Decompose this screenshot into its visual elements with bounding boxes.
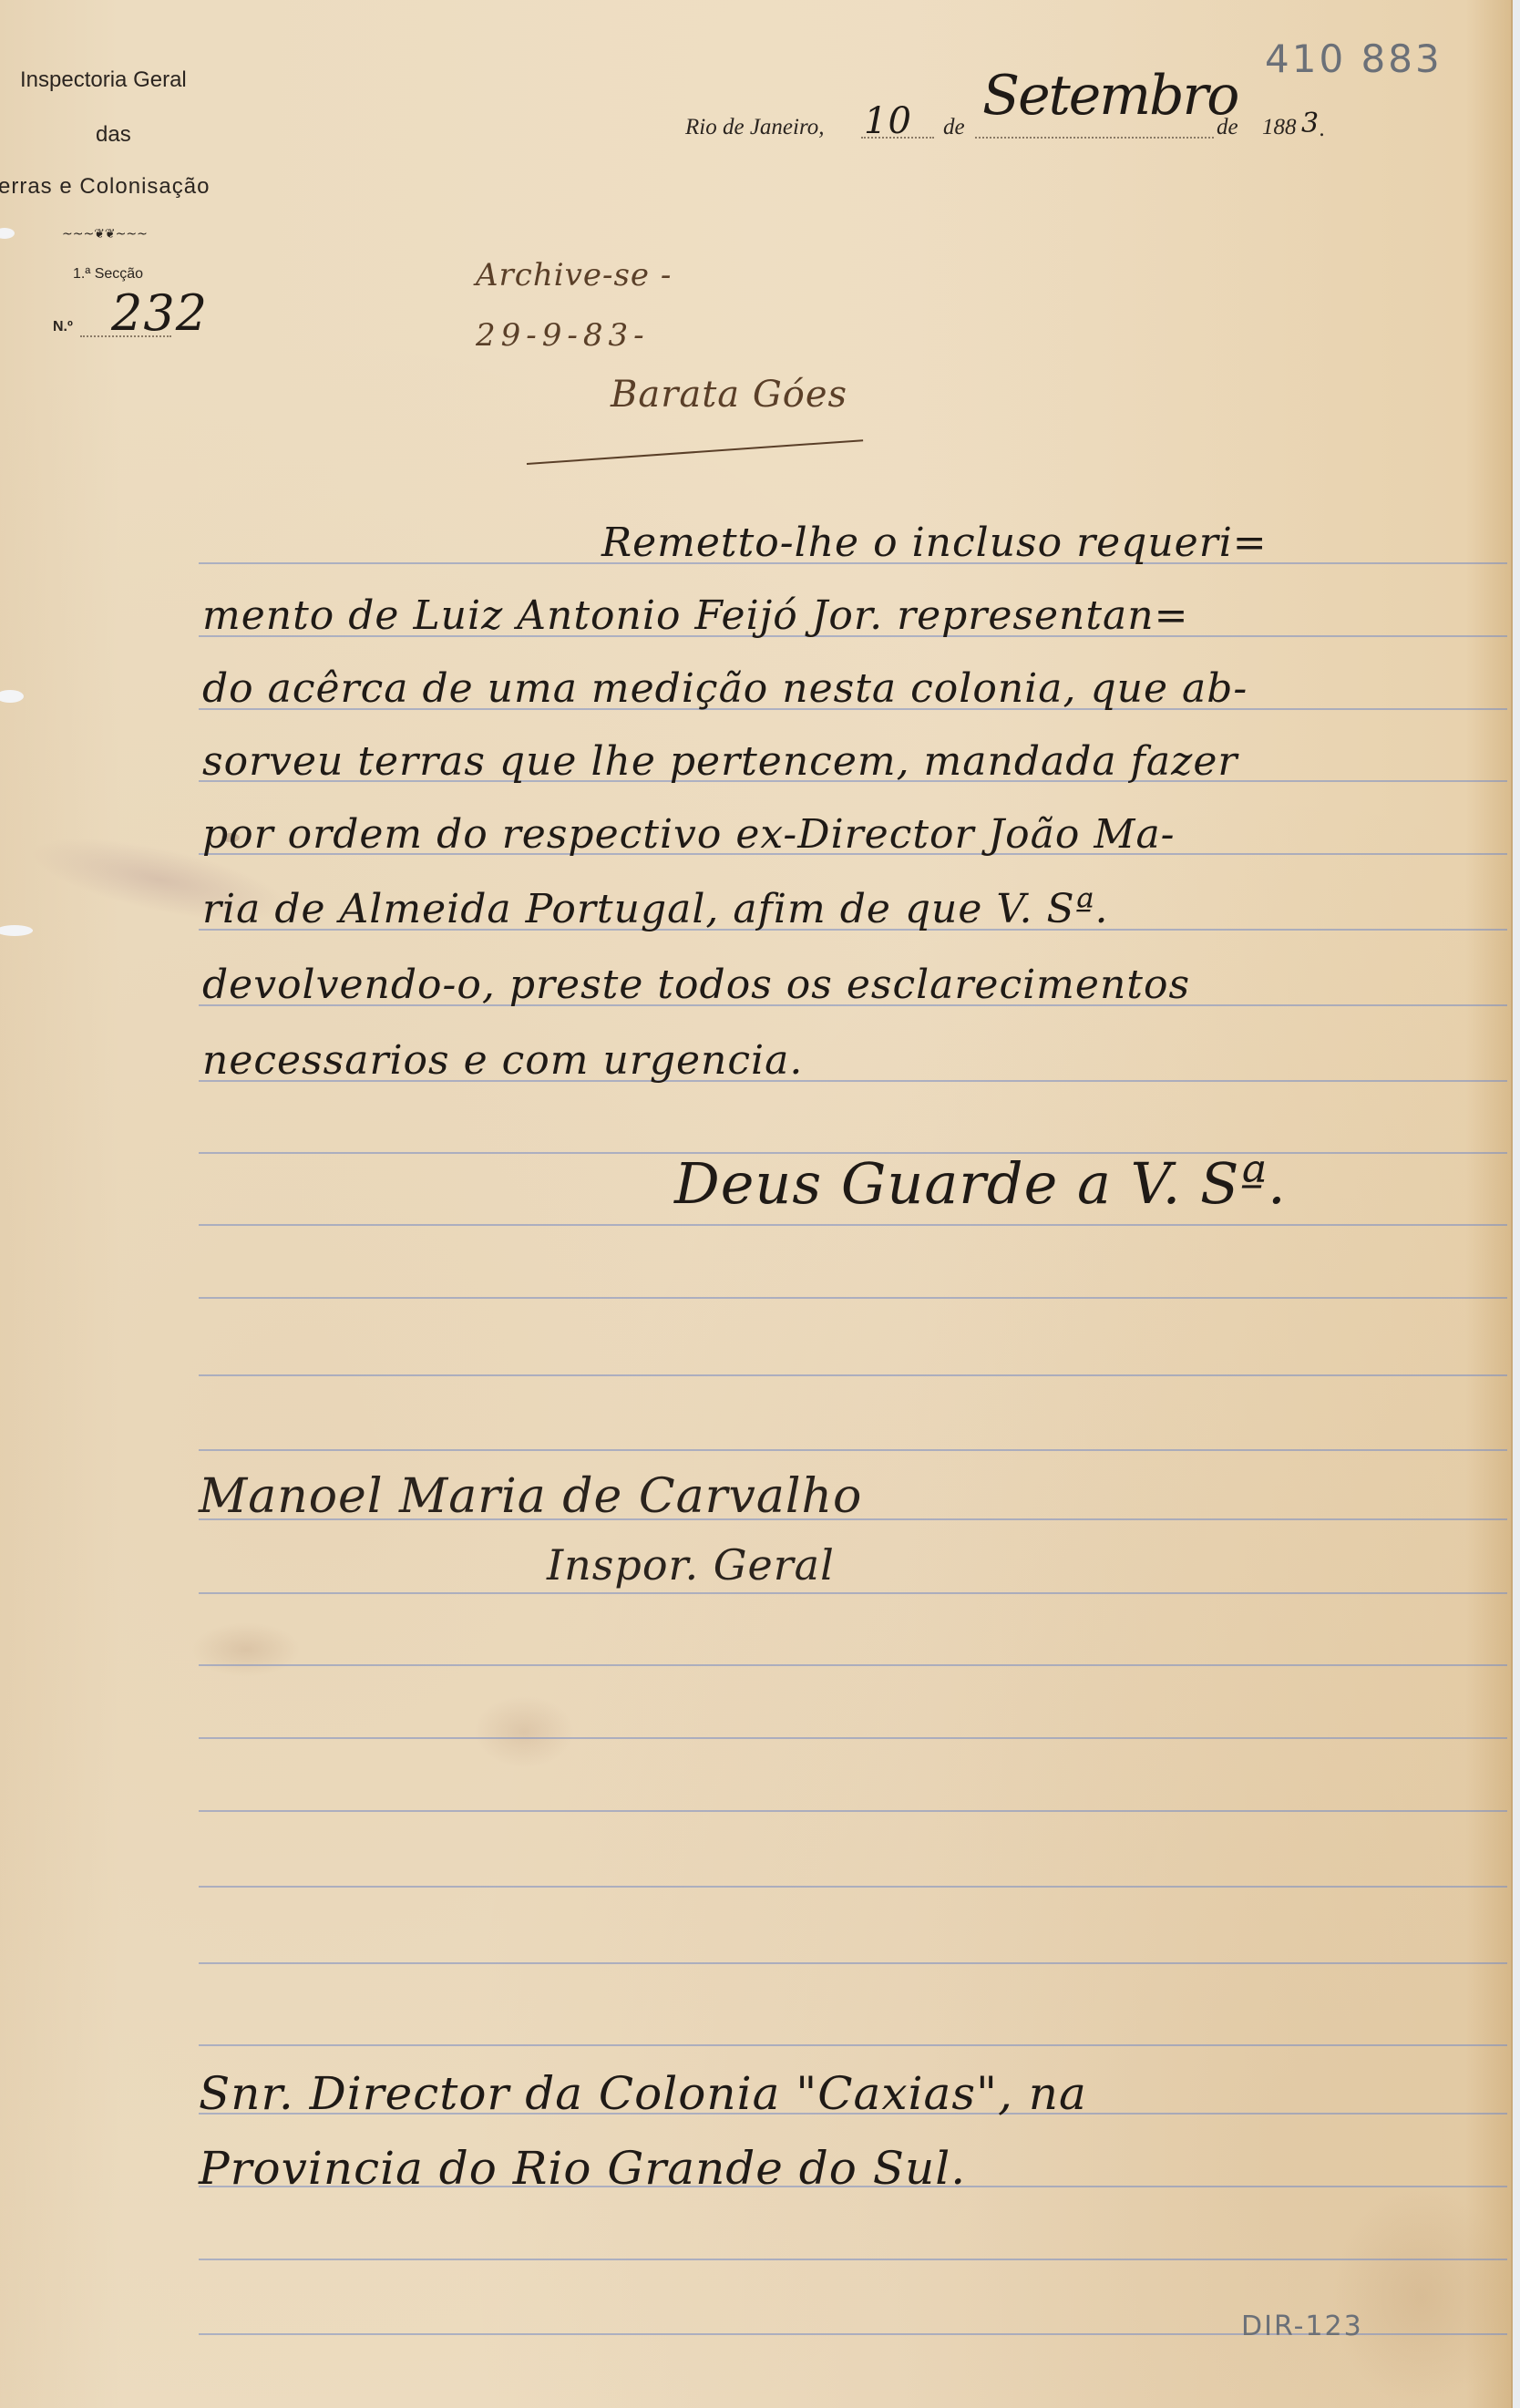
letterhead-line-1: Inspectoria Geral <box>20 67 187 93</box>
body-line-8: necessarios e com urgencia. <box>202 1037 803 1084</box>
dateline-place: Rio de Janeiro, <box>685 115 825 140</box>
letterhead-line-3: erras e Colonisação <box>0 174 210 200</box>
ruled-line <box>199 1449 1507 1451</box>
body-line-7: devolvendo-o, preste todos os esclarecim… <box>202 962 1190 1008</box>
dateline-day: 10 <box>864 100 912 142</box>
paper-tear <box>18 928 33 933</box>
dateline-year-printed: 188 <box>1262 115 1297 140</box>
document-number: 232 <box>111 284 208 342</box>
signature-underline <box>527 439 863 465</box>
dateline-period: . <box>1320 117 1325 142</box>
document-page: Inspectoria Geral das erras e Colonisaçã… <box>0 0 1513 2408</box>
water-stain <box>1330 2187 1513 2406</box>
catalog-code: DIR-123 <box>1241 2310 1363 2342</box>
letterhead-ornament: ~~~❦❦~~~ <box>62 227 148 242</box>
closing-salutation: Deus Guarde a V. Sª. <box>674 1150 1287 1217</box>
ruled-line <box>199 2259 1507 2260</box>
archive-stamp: 410 883 <box>1265 36 1443 81</box>
marginal-note-line-1: Archive-se - <box>476 257 672 293</box>
dateline-month: Setembro <box>982 64 1238 128</box>
addressee-line-2: Provincia do Rio Grande do Sul. <box>199 2142 966 2195</box>
ruled-line <box>199 1592 1507 1594</box>
ruled-line <box>199 1962 1507 1964</box>
addressee-line-1: Snr. Director da Colonia "Caxias", na <box>199 2067 1087 2120</box>
ruled-line <box>199 1810 1507 1812</box>
ruled-line <box>199 2044 1507 2046</box>
marginal-note-signature: Barata Góes <box>611 374 847 416</box>
ruled-line <box>199 1737 1507 1739</box>
body-line-1: Remetto-lhe o incluso requeri= <box>601 520 1268 566</box>
ruled-line <box>199 1664 1507 1666</box>
letterhead-line-2: das <box>96 122 131 148</box>
ruled-line <box>199 1297 1507 1299</box>
paper-tear <box>0 228 15 239</box>
body-line-6: ria de Almeida Portugal, afim de que V. … <box>202 886 1109 932</box>
ruled-line <box>199 1886 1507 1888</box>
signature-title: Inspor. Geral <box>547 1540 835 1590</box>
month-dotted-line <box>975 137 1214 139</box>
ruled-line <box>199 1374 1507 1376</box>
section-label: 1.ª Secção <box>73 266 143 283</box>
body-line-4: sorveu terras que lhe pertencem, mandada… <box>202 738 1238 785</box>
marginal-note-line-2: 29-9-83- <box>476 317 650 354</box>
dateline-de-1: de <box>943 115 965 140</box>
number-label: N.º <box>53 319 73 335</box>
ruled-line <box>199 1224 1507 1226</box>
body-line-2: mento de Luiz Antonio Feijó Jor. represe… <box>202 592 1188 639</box>
water-stain <box>474 1695 574 1768</box>
dateline-year-hand: 3 <box>1301 108 1320 139</box>
paper-tear <box>0 690 24 703</box>
water-stain <box>191 1622 301 1677</box>
dateline-de-2: de <box>1217 115 1238 140</box>
body-line-5: por ordem do respectivo ex-Director João… <box>202 811 1176 858</box>
signature-name: Manoel Maria de Carvalho <box>199 1469 862 1524</box>
body-line-3: do acêrca de uma medição nesta colonia, … <box>202 665 1248 712</box>
